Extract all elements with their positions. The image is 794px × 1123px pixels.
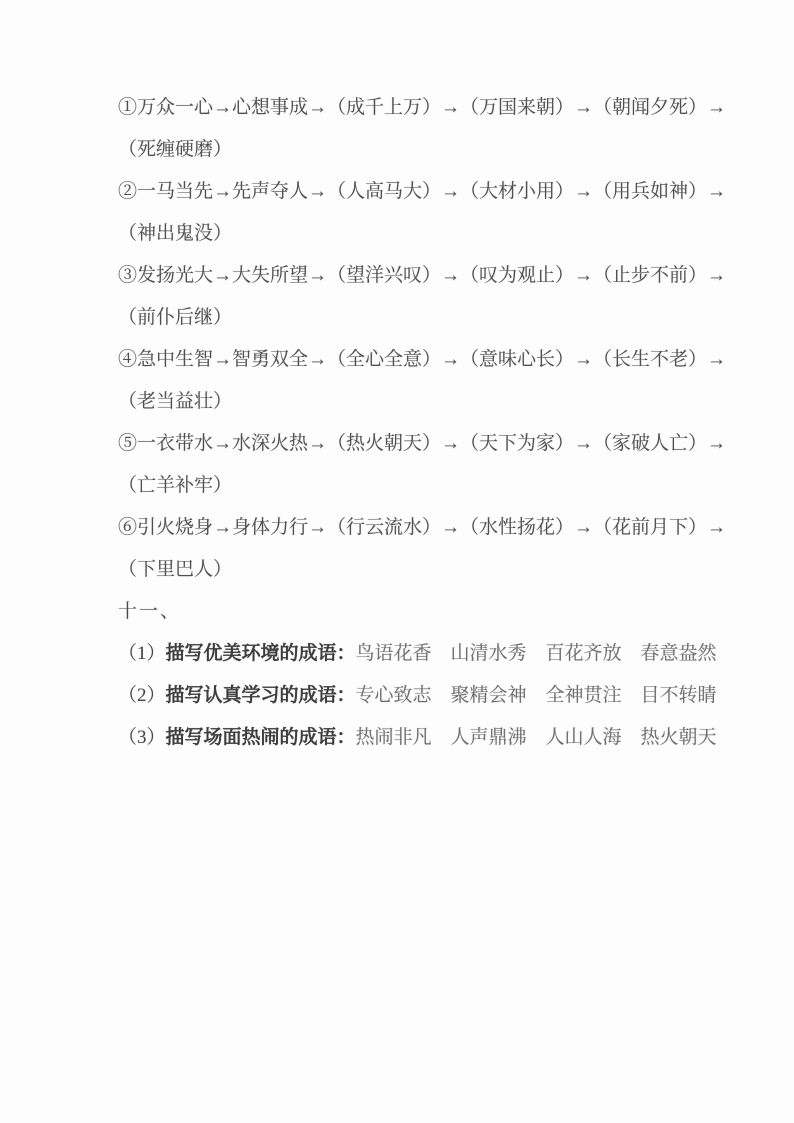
chain-item-5: ⑤一衣带水→水深火热→（热火朝天）→（天下为家）→（家破人亡）→ （亡羊补牢） xyxy=(118,423,680,507)
chain-6-continuation: （下里巴人） xyxy=(118,549,680,591)
chain-5-continuation: （亡羊补牢） xyxy=(118,465,680,507)
chain-5-given-and-answers: ⑤一衣带水→水深火热→（热火朝天）→（天下为家）→（家破人亡）→ xyxy=(118,423,680,465)
category-2-title: 描写认真学习的成语： xyxy=(166,685,356,706)
category-line-3: （3）描写场面热闹的成语：热闹非凡 人声鼎沸 人山人海 热火朝天 xyxy=(118,717,680,759)
chain-1-continuation: （死缠硬磨） xyxy=(118,129,680,171)
category-1-number: （1） xyxy=(118,643,166,664)
chain-3-continuation: （前仆后继） xyxy=(118,297,680,339)
category-1-title: 描写优美环境的成语： xyxy=(166,643,356,664)
chain-2-continuation: （神出鬼没） xyxy=(118,213,680,255)
chain-6-given-and-answers: ⑥引火烧身→身体力行→（行云流水）→（水性扬花）→（花前月下）→ xyxy=(118,507,680,549)
category-2-answers: 专心致志 聚精会神 全神贯注 目不转睛 xyxy=(356,685,717,706)
chain-item-6: ⑥引火烧身→身体力行→（行云流水）→（水性扬花）→（花前月下）→ （下里巴人） xyxy=(118,507,680,591)
category-1-answers: 鸟语花香 山清水秀 百花齐放 春意盎然 xyxy=(356,643,717,664)
document-page: ①万众一心→心想事成→（成千上万）→（万国来朝）→（朝闻夕死）→ （死缠硬磨） … xyxy=(0,0,794,1123)
worksheet-content: ①万众一心→心想事成→（成千上万）→（万国来朝）→（朝闻夕死）→ （死缠硬磨） … xyxy=(118,87,680,759)
category-3-answers: 热闹非凡 人声鼎沸 人山人海 热火朝天 xyxy=(356,727,717,748)
category-3-title: 描写场面热闹的成语： xyxy=(166,727,356,748)
chain-item-2: ②一马当先→先声夺人→（人高马大）→（大材小用）→（用兵如神）→ （神出鬼没） xyxy=(118,171,680,255)
category-3-number: （3） xyxy=(118,727,166,748)
chain-item-4: ④急中生智→智勇双全→（全心全意）→（意味心长）→（长生不老）→ （老当益壮） xyxy=(118,339,680,423)
chain-1-given-and-answers: ①万众一心→心想事成→（成千上万）→（万国来朝）→（朝闻夕死）→ xyxy=(118,87,680,129)
chain-4-given-and-answers: ④急中生智→智勇双全→（全心全意）→（意味心长）→（长生不老）→ xyxy=(118,339,680,381)
chain-item-1: ①万众一心→心想事成→（成千上万）→（万国来朝）→（朝闻夕死）→ （死缠硬磨） xyxy=(118,87,680,171)
chain-2-given-and-answers: ②一马当先→先声夺人→（人高马大）→（大材小用）→（用兵如神）→ xyxy=(118,171,680,213)
chain-4-continuation: （老当益壮） xyxy=(118,381,680,423)
chain-item-3: ③发扬光大→大失所望→（望洋兴叹）→（叹为观止）→（止步不前）→ （前仆后继） xyxy=(118,255,680,339)
category-line-1: （1）描写优美环境的成语：鸟语花香 山清水秀 百花齐放 春意盎然 xyxy=(118,633,680,675)
category-line-2: （2）描写认真学习的成语：专心致志 聚精会神 全神贯注 目不转睛 xyxy=(118,675,680,717)
section-eleven-heading: 十一、 xyxy=(118,591,680,633)
category-2-number: （2） xyxy=(118,685,166,706)
chain-3-given-and-answers: ③发扬光大→大失所望→（望洋兴叹）→（叹为观止）→（止步不前）→ xyxy=(118,255,680,297)
